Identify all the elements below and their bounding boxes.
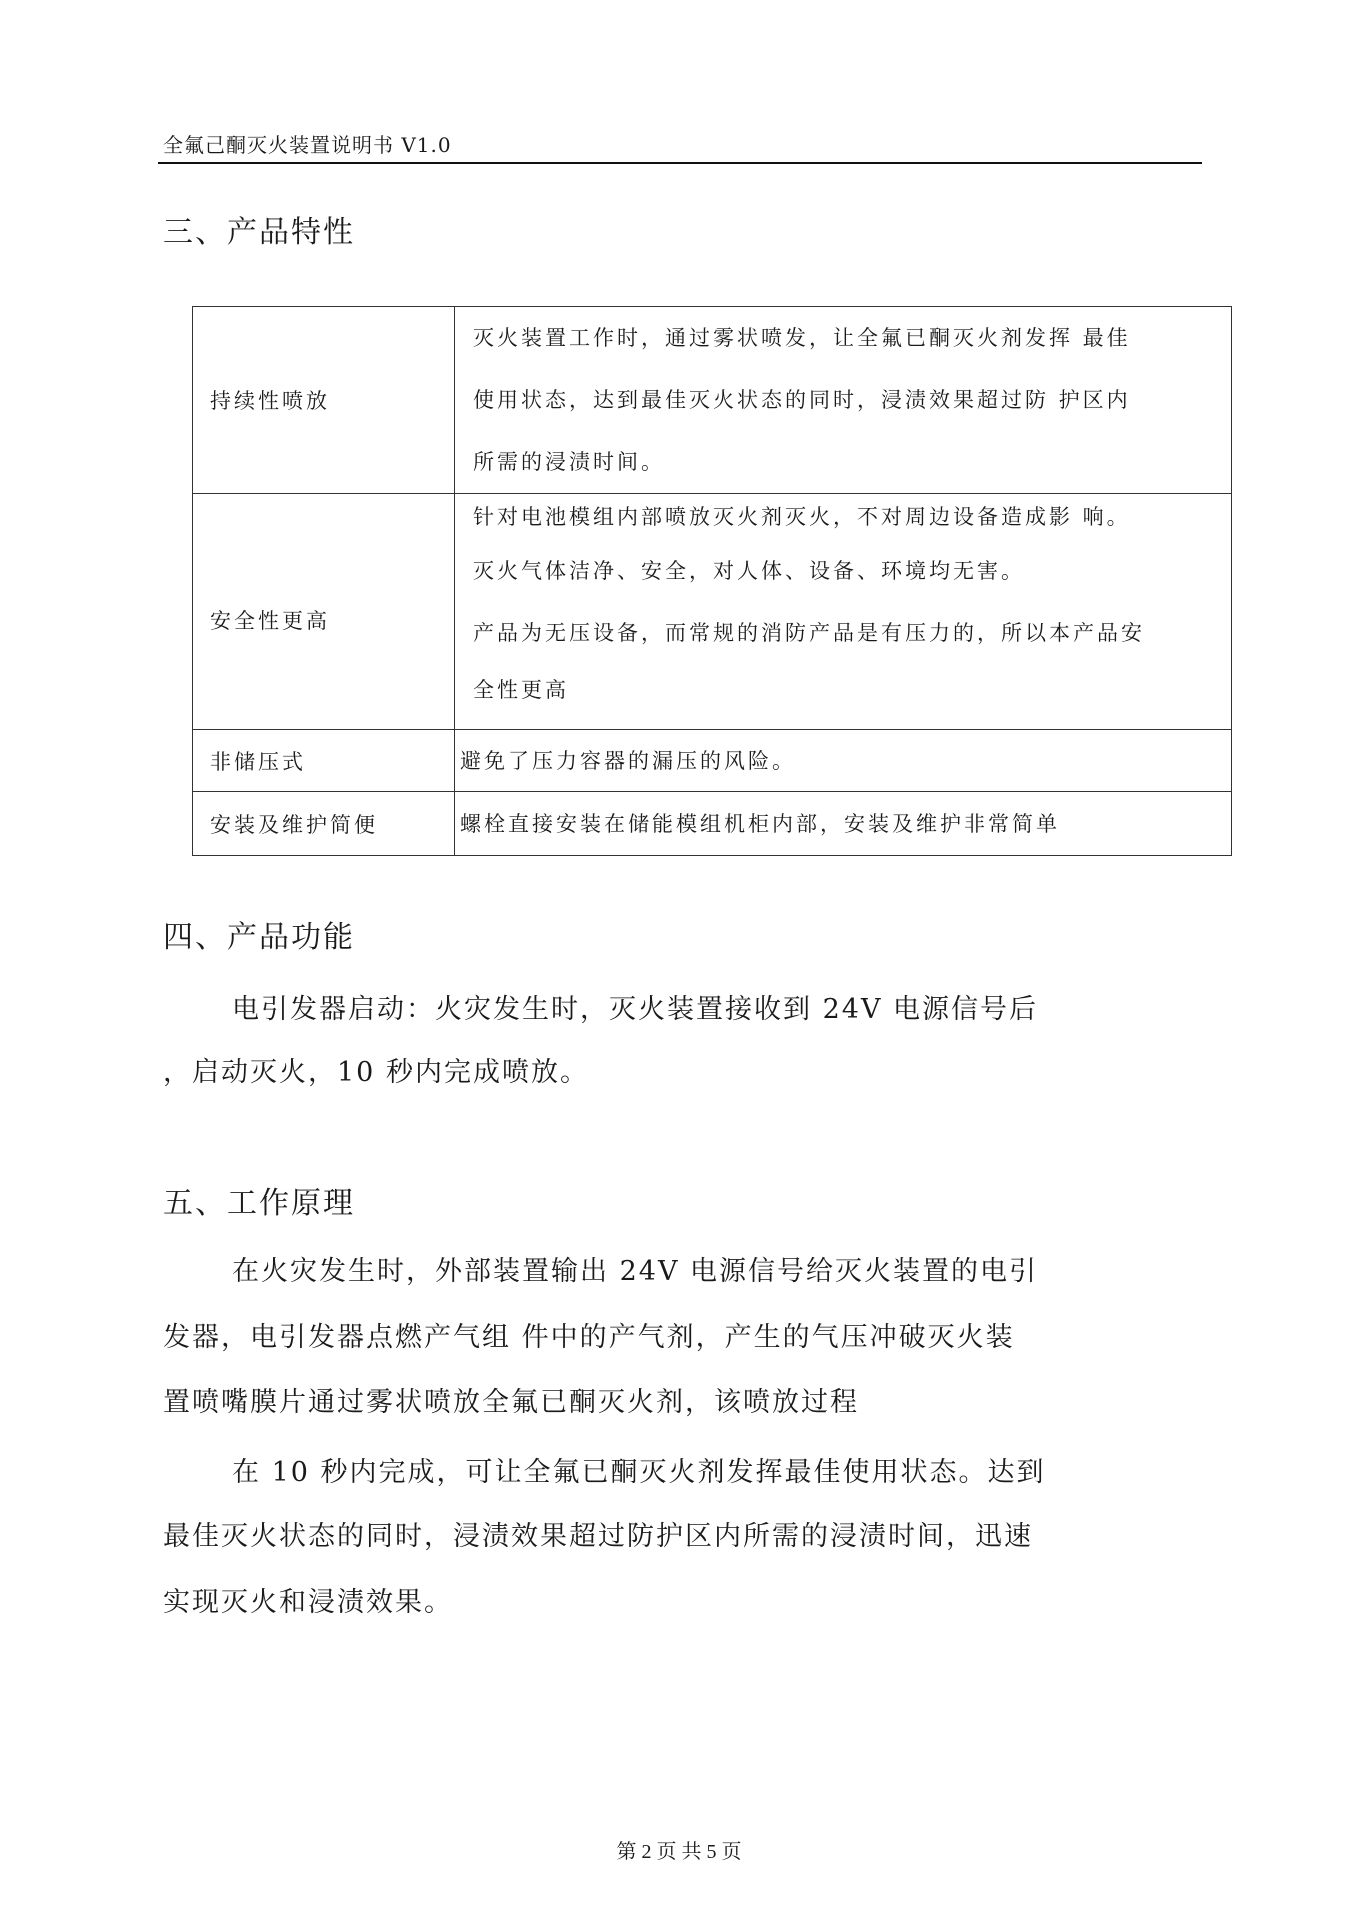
feature-description: 针对电池模组内部喷放灭火剂灭火，不对周边设备造成影 响。 灭火气体洁净、安全，对… xyxy=(455,494,1232,730)
paragraph-line: 在火灾发生时，外部装置输出 24V 电源信号给灭火装置的电引 xyxy=(232,1252,1038,1292)
description-line: 全性更高 xyxy=(473,664,1221,716)
feature-description: 螺栓直接安装在储能模组机柜内部，安装及维护非常简单 xyxy=(455,792,1232,856)
table-row: 持续性喷放 灭火装置工作时，通过雾状喷发，让全氟已酮灭火剂发挥 最佳 使用状态，… xyxy=(193,307,1232,494)
paragraph-line: ，启动灭火，10 秒内完成喷放。 xyxy=(163,1053,589,1093)
section-heading-working-principle: 五、工作原理 xyxy=(163,1184,355,1224)
header-rule xyxy=(158,162,1202,164)
product-features-table: 持续性喷放 灭火装置工作时，通过雾状喷发，让全氟已酮灭火剂发挥 最佳 使用状态，… xyxy=(192,306,1232,856)
feature-description: 避免了压力容器的漏压的风险。 xyxy=(455,730,1232,792)
paragraph-line: 置喷嘴膜片通过雾状喷放全氟已酮灭火剂，该喷放过程 xyxy=(163,1383,859,1423)
feature-label: 持续性喷放 xyxy=(193,307,455,494)
feature-label: 安全性更高 xyxy=(193,494,455,730)
description-line: 灭火装置工作时，通过雾状喷发，让全氟已酮灭火剂发挥 最佳 xyxy=(473,307,1221,369)
section-heading-product-functions: 四、产品功能 xyxy=(163,918,355,958)
table-row: 安装及维护简便 螺栓直接安装在储能模组机柜内部，安装及维护非常简单 xyxy=(193,792,1232,856)
description-line: 灭火气体洁净、安全，对人体、设备、环境均无害。 xyxy=(473,540,1221,602)
page-number-footer: 第 2 页 共 5 页 xyxy=(0,1837,1358,1867)
running-header-title: 全氟己酮灭火装置说明书 V1.0 xyxy=(163,130,452,160)
feature-label: 非储压式 xyxy=(193,730,455,792)
paragraph-line: 电引发器启动：火灾发生时，灭火装置接收到 24V 电源信号后 xyxy=(232,990,1038,1030)
paragraph-line: 在 10 秒内完成，可让全氟已酮灭火剂发挥最佳使用状态。达到 xyxy=(232,1453,1046,1493)
description-line: 螺栓直接安装在储能模组机柜内部，安装及维护非常简单 xyxy=(460,798,1221,850)
description-line: 产品为无压设备，而常规的消防产品是有压力的，所以本产品安 xyxy=(473,602,1221,664)
feature-label: 安装及维护简便 xyxy=(193,792,455,856)
description-line: 避免了压力容器的漏压的风险。 xyxy=(460,735,1221,787)
description-line: 针对电池模组内部喷放灭火剂灭火，不对周边设备造成影 响。 xyxy=(473,494,1221,540)
feature-description: 灭火装置工作时，通过雾状喷发，让全氟已酮灭火剂发挥 最佳 使用状态，达到最佳灭火… xyxy=(455,307,1232,494)
description-line: 使用状态，达到最佳灭火状态的同时，浸渍效果超过防 护区内 xyxy=(473,369,1221,431)
table-row: 非储压式 避免了压力容器的漏压的风险。 xyxy=(193,730,1232,792)
description-line: 所需的浸渍时间。 xyxy=(473,431,1221,493)
table-row: 安全性更高 针对电池模组内部喷放灭火剂灭火，不对周边设备造成影 响。 灭火气体洁… xyxy=(193,494,1232,730)
paragraph-line: 最佳灭火状态的同时，浸渍效果超过防护区内所需的浸渍时间，迅速 xyxy=(163,1517,1033,1557)
section-heading-product-features: 三、产品特性 xyxy=(163,213,355,253)
paragraph-line: 实现灭火和浸渍效果。 xyxy=(163,1583,453,1623)
paragraph-line: 发器，电引发器点燃产气组 件中的产气剂，产生的气压冲破灭火装 xyxy=(163,1318,1015,1358)
